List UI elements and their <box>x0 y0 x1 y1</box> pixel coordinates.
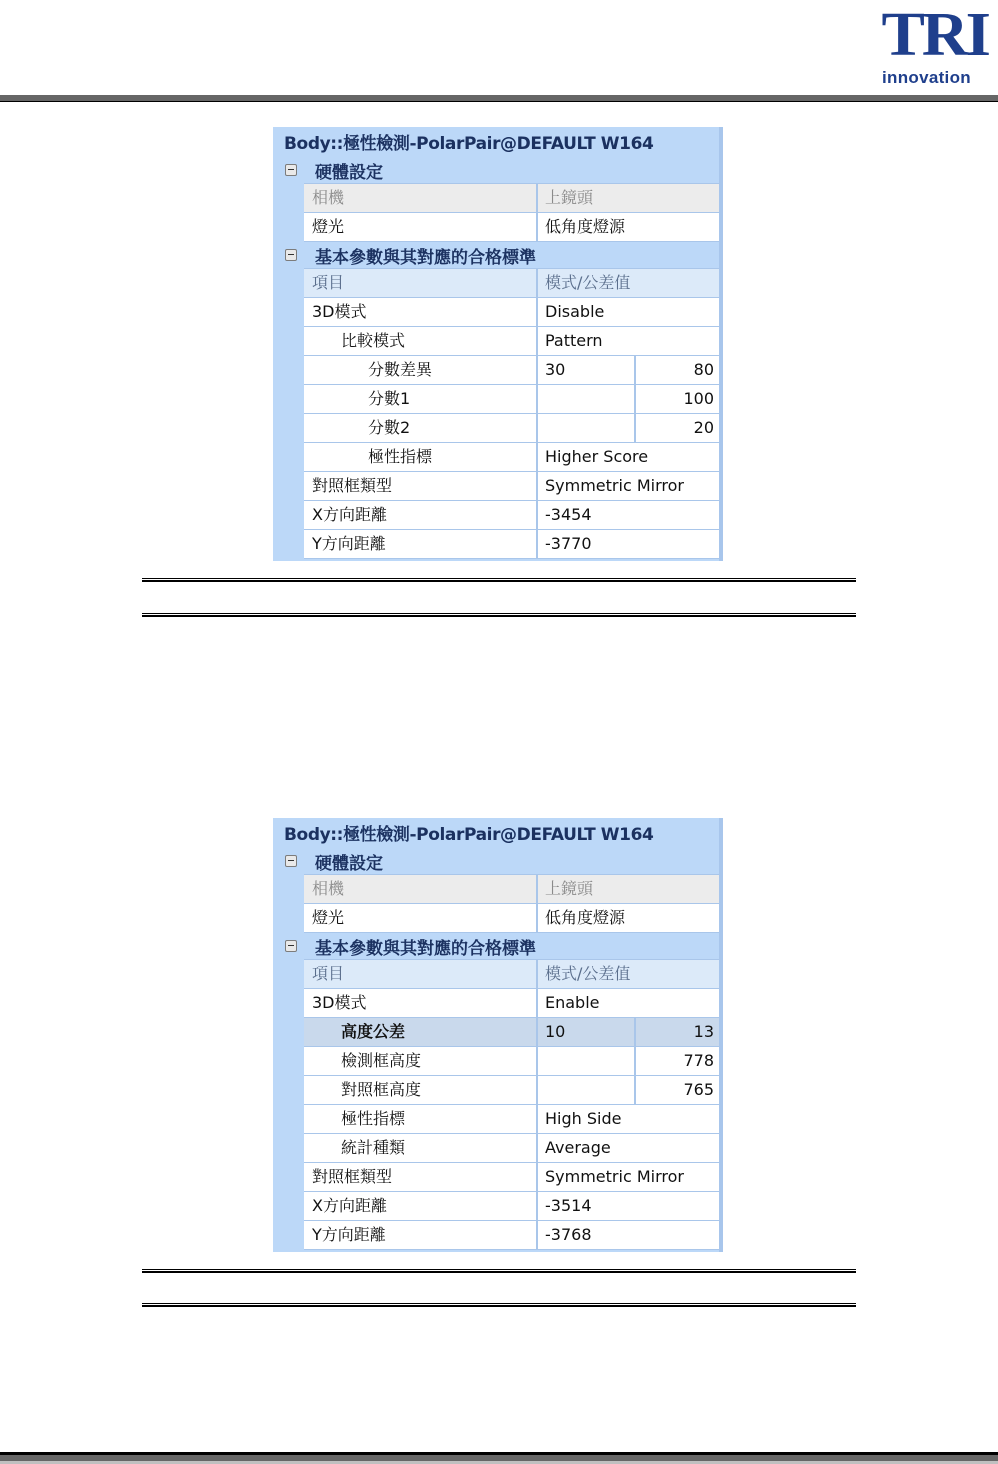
property-value[interactable]: Symmetric Mirror <box>538 1163 719 1191</box>
double-rule <box>142 578 856 583</box>
collapse-icon[interactable] <box>285 164 297 176</box>
collapse-icon[interactable] <box>285 249 297 261</box>
collapse-icon[interactable] <box>285 940 297 952</box>
property-row-header: 項目 模式/公差值 <box>304 959 719 988</box>
property-row-3d-mode[interactable]: 3D模式 Enable <box>304 988 719 1017</box>
double-rule <box>142 613 856 618</box>
category-basic-parameters[interactable]: 基本參數與其對應的合格標準 <box>273 933 719 959</box>
property-row-polarity-indicator[interactable]: 極性指標 Higher Score <box>304 442 719 471</box>
panel-title: Body::極性檢測-PolarPair@DEFAULT W164 <box>273 818 719 848</box>
property-key: 對照框高度 <box>304 1076 538 1104</box>
property-row-reference-box-type[interactable]: 對照框類型 Symmetric Mirror <box>304 471 719 500</box>
property-key: 比較模式 <box>304 327 538 355</box>
property-value-min[interactable]: 10 <box>538 1018 636 1046</box>
property-row-camera[interactable]: 相機 上鏡頭 <box>304 183 719 212</box>
property-key: 對照框類型 <box>304 1163 538 1191</box>
property-value-actual: 80 <box>636 356 719 384</box>
category-label: 基本參數與其對應的合格標準 <box>315 243 536 268</box>
property-value-min[interactable]: 30 <box>538 356 636 384</box>
property-value-min[interactable] <box>538 385 636 413</box>
category-basic-parameters[interactable]: 基本參數與其對應的合格標準 <box>273 242 719 268</box>
property-key: 極性指標 <box>304 1105 538 1133</box>
property-key: 高度公差 <box>304 1018 538 1046</box>
property-value-actual: 778 <box>636 1047 719 1075</box>
property-key: 分數1 <box>304 385 538 413</box>
property-row-y-distance[interactable]: Y方向距離 -3770 <box>304 529 719 559</box>
property-value[interactable]: -3770 <box>538 530 719 558</box>
logo-tagline: innovation <box>882 68 971 88</box>
header-rule <box>0 95 998 102</box>
category-hardware-settings[interactable]: 硬體設定 <box>273 157 719 183</box>
property-value[interactable]: High Side <box>538 1105 719 1133</box>
property-value[interactable]: Higher Score <box>538 443 719 471</box>
property-value[interactable]: Average <box>538 1134 719 1162</box>
collapse-icon[interactable] <box>285 855 297 867</box>
property-key: 極性指標 <box>304 443 538 471</box>
property-value: 上鏡頭 <box>538 875 719 903</box>
property-key: 分數2 <box>304 414 538 442</box>
property-value-actual: 100 <box>636 385 719 413</box>
property-row-compare-mode[interactable]: 比較模式 Pattern <box>304 326 719 355</box>
property-value-min[interactable] <box>538 414 636 442</box>
property-row-statistic-type[interactable]: 統計種類 Average <box>304 1133 719 1162</box>
property-panel-3d-enabled: Body::極性檢測-PolarPair@DEFAULT W164 硬體設定 相… <box>273 818 723 1252</box>
property-value[interactable]: -3768 <box>538 1221 719 1249</box>
category-label: 硬體設定 <box>315 849 383 874</box>
property-value[interactable]: -3514 <box>538 1192 719 1220</box>
property-key: 燈光 <box>304 213 538 241</box>
property-key: X方向距離 <box>304 1192 538 1220</box>
property-row-score2[interactable]: 分數2 20 <box>304 413 719 442</box>
property-row-3d-mode[interactable]: 3D模式 Disable <box>304 297 719 326</box>
column-header-item: 項目 <box>304 269 538 297</box>
property-row-y-distance[interactable]: Y方向距離 -3768 <box>304 1220 719 1250</box>
property-key: 統計種類 <box>304 1134 538 1162</box>
property-row-reference-box-type[interactable]: 對照框類型 Symmetric Mirror <box>304 1162 719 1191</box>
property-key: 對照框類型 <box>304 472 538 500</box>
hardware-rows: 相機 上鏡頭 燈光 低角度燈源 <box>304 874 719 933</box>
property-row-header: 項目 模式/公差值 <box>304 268 719 297</box>
footer-rule <box>0 1452 998 1464</box>
property-key: 相機 <box>304 184 538 212</box>
property-value-actual: 765 <box>636 1076 719 1104</box>
property-value-actual: 20 <box>636 414 719 442</box>
property-key: 3D模式 <box>304 989 538 1017</box>
parameter-rows: 項目 模式/公差值 3D模式 Enable 高度公差 10 13 檢測框高度 7… <box>304 959 719 1250</box>
property-value[interactable]: -3454 <box>538 501 719 529</box>
property-key: X方向距離 <box>304 501 538 529</box>
property-row-height-tolerance[interactable]: 高度公差 10 13 <box>304 1017 719 1046</box>
property-row-camera[interactable]: 相機 上鏡頭 <box>304 874 719 903</box>
hardware-rows: 相機 上鏡頭 燈光 低角度燈源 <box>304 183 719 242</box>
property-row-lighting[interactable]: 燈光 低角度燈源 <box>304 212 719 242</box>
property-value: 上鏡頭 <box>538 184 719 212</box>
property-value-min[interactable] <box>538 1076 636 1104</box>
category-hardware-settings[interactable]: 硬體設定 <box>273 848 719 874</box>
property-value[interactable]: 低角度燈源 <box>538 904 719 932</box>
property-row-inspect-box-height[interactable]: 檢測框高度 778 <box>304 1046 719 1075</box>
property-value[interactable]: Symmetric Mirror <box>538 472 719 500</box>
property-row-x-distance[interactable]: X方向距離 -3514 <box>304 1191 719 1220</box>
property-value[interactable]: 低角度燈源 <box>538 213 719 241</box>
column-header-value: 模式/公差值 <box>538 960 719 988</box>
property-row-x-distance[interactable]: X方向距離 -3454 <box>304 500 719 529</box>
category-label: 基本參數與其對應的合格標準 <box>315 934 536 959</box>
property-value-actual: 13 <box>636 1018 719 1046</box>
property-key: 3D模式 <box>304 298 538 326</box>
property-row-lighting[interactable]: 燈光 低角度燈源 <box>304 903 719 933</box>
property-key: Y方向距離 <box>304 1221 538 1249</box>
property-row-score1[interactable]: 分數1 100 <box>304 384 719 413</box>
parameter-rows: 項目 模式/公差值 3D模式 Disable 比較模式 Pattern 分數差異… <box>304 268 719 559</box>
property-key: 分數差異 <box>304 356 538 384</box>
property-key: 燈光 <box>304 904 538 932</box>
property-value[interactable]: Pattern <box>538 327 719 355</box>
property-row-score-diff[interactable]: 分數差異 30 80 <box>304 355 719 384</box>
double-rule <box>142 1269 856 1274</box>
double-rule <box>142 1303 856 1308</box>
panel-title: Body::極性檢測-PolarPair@DEFAULT W164 <box>273 127 719 157</box>
logo-brand-text: TRI <box>881 4 987 66</box>
column-header-value: 模式/公差值 <box>538 269 719 297</box>
property-value[interactable]: Enable <box>538 989 719 1017</box>
category-label: 硬體設定 <box>315 158 383 183</box>
property-value[interactable]: Disable <box>538 298 719 326</box>
property-value-min[interactable] <box>538 1047 636 1075</box>
property-key: 相機 <box>304 875 538 903</box>
column-header-item: 項目 <box>304 960 538 988</box>
property-row-polarity-indicator[interactable]: 極性指標 High Side <box>304 1104 719 1133</box>
tri-innovation-logo: TRI innovation <box>880 4 992 86</box>
property-row-reference-box-height[interactable]: 對照框高度 765 <box>304 1075 719 1104</box>
property-key: 檢測框高度 <box>304 1047 538 1075</box>
property-key: Y方向距離 <box>304 530 538 558</box>
property-panel-3d-disabled: Body::極性檢測-PolarPair@DEFAULT W164 硬體設定 相… <box>273 127 723 561</box>
